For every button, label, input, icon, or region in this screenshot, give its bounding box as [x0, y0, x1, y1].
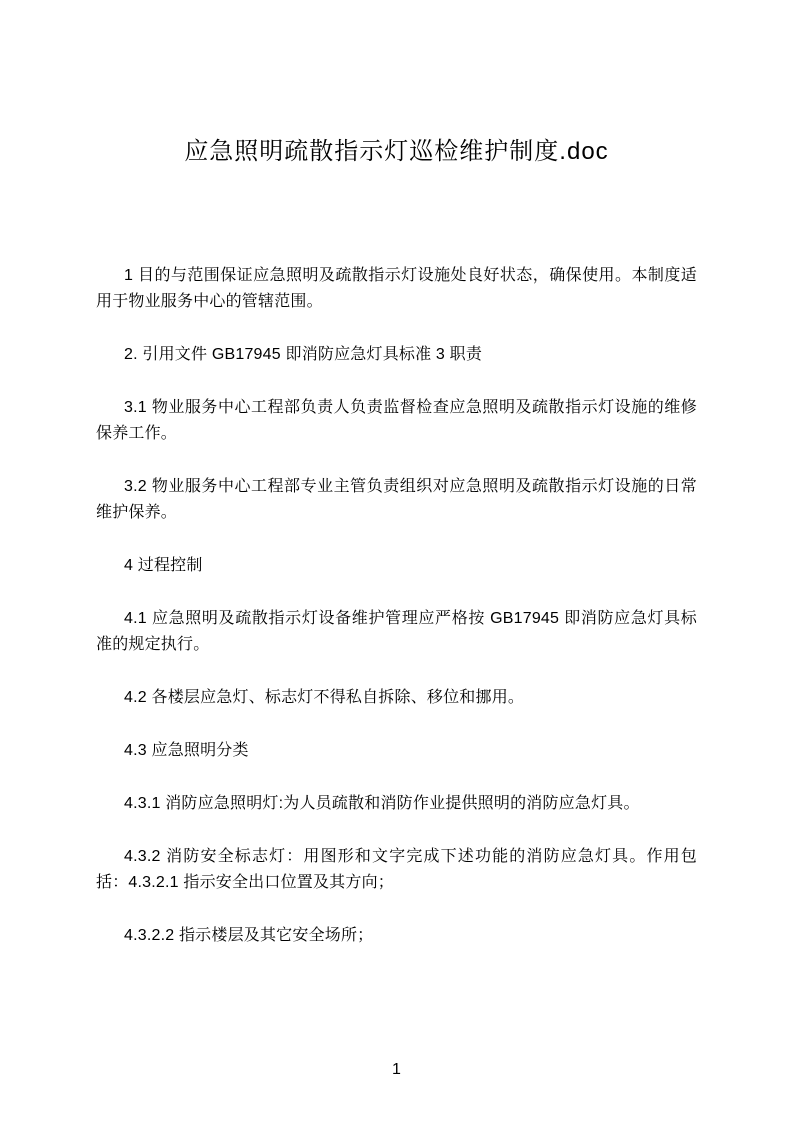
paragraph-purpose-scope: 1 目的与范围保证应急照明及疏散指示灯设施处良好状态，确保使用。本制度适用于物业…: [96, 263, 697, 315]
paragraph-4-3-2: 4.3.2 消防安全标志灯：用图形和文字完成下述功能的消防应急灯具。作用包括：4…: [96, 844, 697, 896]
paragraph-4-1: 4.1 应急照明及疏散指示灯设备维护管理应严格按 GB17945 即消防应急灯具…: [96, 606, 697, 658]
paragraph-4-3: 4.3 应急照明分类: [96, 738, 697, 764]
paragraph-duty-3-1: 3.1 物业服务中心工程部负责人负责监督检查应急照明及疏散指示灯设施的维修保养工…: [96, 395, 697, 447]
document-body: 1 目的与范围保证应急照明及疏散指示灯设施处良好状态，确保使用。本制度适用于物业…: [0, 263, 793, 949]
paragraph-process-control: 4 过程控制: [96, 553, 697, 579]
document-title: 应急照明疏散指示灯巡检维护制度.doc: [0, 0, 793, 168]
paragraph-4-3-1: 4.3.1 消防应急照明灯:为人员疏散和消防作业提供照明的消防应急灯具。: [96, 791, 697, 817]
paragraph-duty-3-2: 3.2 物业服务中心工程部专业主管负责组织对应急照明及疏散指示灯设施的日常维护保…: [96, 474, 697, 526]
paragraph-references: 2. 引用文件 GB17945 即消防应急灯具标准 3 职责: [96, 342, 697, 368]
page-number: 1: [0, 1062, 793, 1078]
paragraph-4-2: 4.2 各楼层应急灯、标志灯不得私自拆除、移位和挪用。: [96, 685, 697, 711]
document-page: 应急照明疏散指示灯巡检维护制度.doc 1 目的与范围保证应急照明及疏散指示灯设…: [0, 0, 793, 1122]
paragraph-4-3-2-2: 4.3.2.2 指示楼层及其它安全场所；: [96, 923, 697, 949]
